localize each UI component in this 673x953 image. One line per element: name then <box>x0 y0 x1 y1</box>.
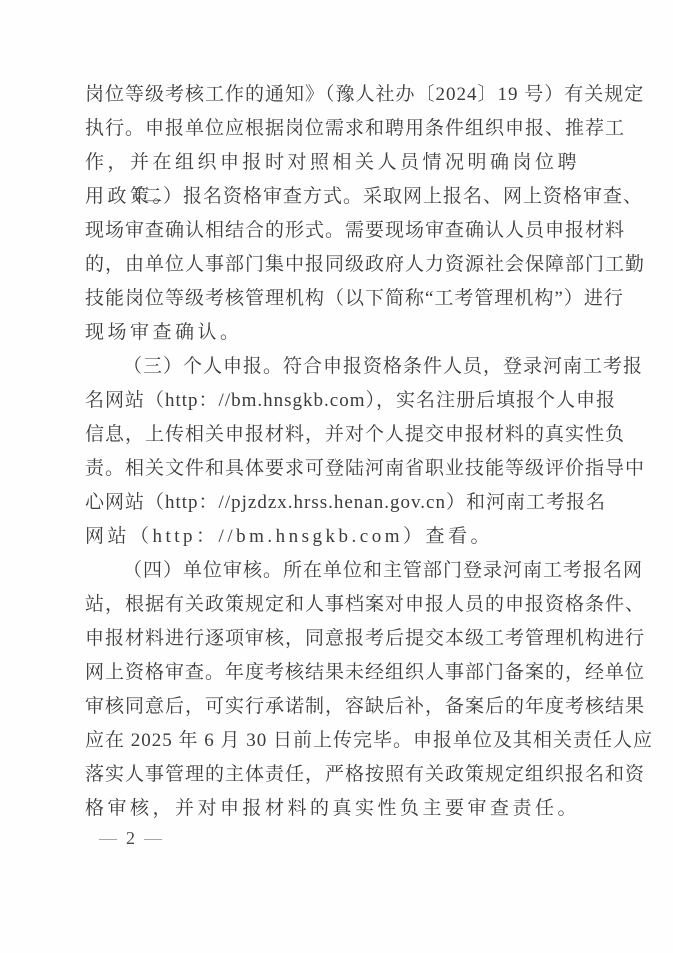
paragraph: （二）报名资格审查方式。采取网上报名、网上资格审查、 现场审查确认相结合的形式。… <box>85 180 592 350</box>
text-line: 岗位等级考核工作的通知》（豫人社办〔2024〕19 号）有关规定 <box>85 78 592 112</box>
text-line: 网站（http：//bm.hnsgkb.com）查看。 <box>85 520 592 554</box>
text-line: 技能岗位等级考核管理机构（以下简称“工考管理机构”）进行 <box>85 282 592 316</box>
text-line: 心网站（http：//pjzdzx.hrss.henan.gov.cn）和河南工… <box>85 486 592 520</box>
page-number: — 2 — <box>99 825 162 851</box>
text-line: 名网站（http：//bm.hnsgkb.com），实名注册后填报个人申报 <box>85 384 592 418</box>
document-body: 岗位等级考核工作的通知》（豫人社办〔2024〕19 号）有关规定 执行。申报单位… <box>85 78 592 826</box>
document-page: 岗位等级考核工作的通知》（豫人社办〔2024〕19 号）有关规定 执行。申报单位… <box>0 0 673 953</box>
paragraph: （四）单位审核。所在单位和主管部门登录河南工考报名网 站，根据有关政策规定和人事… <box>85 554 592 826</box>
paragraph: （三）个人申报。符合申报资格条件人员，登录河南工考报 名网站（http：//bm… <box>85 350 592 554</box>
text-line: 信息，上传相关申报材料，并对个人提交申报材料的真实性负 <box>85 418 592 452</box>
text-line: 责。相关文件和具体要求可登陆河南省职业技能等级评价指导中 <box>85 452 592 486</box>
page-number-dash-right: — <box>144 828 162 849</box>
text-line: 作，并在组织申报时对照相关人员情况明确岗位聘用政策。 <box>85 146 592 180</box>
paragraph: 岗位等级考核工作的通知》（豫人社办〔2024〕19 号）有关规定 执行。申报单位… <box>85 78 592 180</box>
text-line: 申报材料进行逐项审核，同意报考后提交本级工考管理机构进行 <box>85 622 592 656</box>
text-line: 审核同意后，可实行承诺制，容缺后补，备案后的年度考核结果 <box>85 690 592 724</box>
text-line: （三）个人申报。符合申报资格条件人员，登录河南工考报 <box>85 350 592 384</box>
text-line: 的，由单位人事部门集中报同级政府人力资源社会保障部门工勤 <box>85 248 592 282</box>
text-line: （四）单位审核。所在单位和主管部门登录河南工考报名网 <box>85 554 592 588</box>
text-line: 现场审查确认相结合的形式。需要现场审查确认人员申报材料 <box>85 214 592 248</box>
page-number-dash-left: — <box>99 828 117 849</box>
text-line: 网上资格审查。年度考核结果未经组织人事部门备案的，经单位 <box>85 656 592 690</box>
text-line: 格审核，并对申报材料的真实性负主要审查责任。 <box>85 792 592 826</box>
text-line: 站，根据有关政策规定和人事档案对申报人员的申报资格条件、 <box>85 588 592 622</box>
text-line: 现场审查确认。 <box>85 316 592 350</box>
text-line: （二）报名资格审查方式。采取网上报名、网上资格审查、 <box>85 180 592 214</box>
page-number-value: 2 <box>126 828 135 849</box>
text-line: 应在 2025 年 6 月 30 日前上传完毕。申报单位及其相关责任人应 <box>85 724 592 758</box>
text-line: 落实人事管理的主体责任，严格按照有关政策规定组织报名和资 <box>85 758 592 792</box>
text-line: 执行。申报单位应根据岗位需求和聘用条件组织申报、推荐工 <box>85 112 592 146</box>
